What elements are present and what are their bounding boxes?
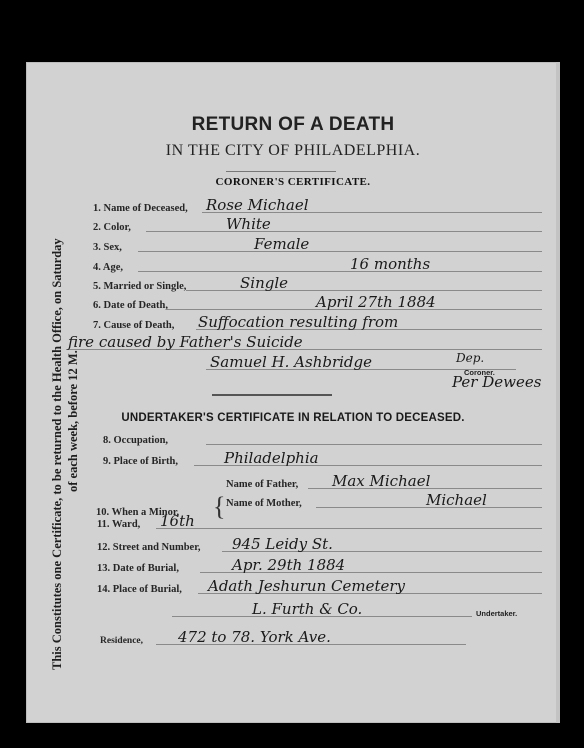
field-marital-status: 5. Married or Single, Single [26, 276, 560, 294]
undertaker-signature: L. Furth & Co. [252, 600, 362, 618]
document-title: RETURN OF A DEATH [26, 114, 560, 136]
coroner-by-row: Per Dewees [26, 375, 560, 393]
field-label: 2. Color, [93, 222, 131, 233]
field-value: Apr. 29th 1884 [232, 556, 345, 574]
field-label: Name of Mother, [226, 498, 302, 509]
field-value: Single [240, 274, 288, 292]
field-cause-of-death: 7. Cause of Death, Suffocation resulting… [26, 315, 560, 333]
field-value: Suffocation resulting from [198, 313, 398, 331]
field-label: 13. Date of Burial, [97, 563, 179, 574]
field-street-number: 12. Street and Number, 945 Leidy St. [26, 537, 560, 555]
field-value: Rose Michael [206, 196, 309, 214]
field-line [138, 271, 542, 272]
field-value: Max Michael [332, 472, 430, 490]
field-value: 16th [160, 512, 195, 530]
field-label: 12. Street and Number, [97, 542, 201, 553]
field-value: fire caused by Father's Suicide [68, 333, 303, 351]
divider [226, 171, 336, 172]
field-label: Residence, [100, 636, 143, 646]
field-ward: 11. Ward, 16th [26, 514, 560, 532]
field-label: 14. Place of Burial, [97, 584, 182, 595]
coroner-signed-by: Per Dewees [452, 373, 541, 391]
field-line [146, 231, 542, 232]
field-line [138, 251, 542, 252]
undertaker-title: Undertaker. [476, 609, 517, 618]
document-subtitle: IN THE CITY OF PHILADELPHIA. [26, 142, 560, 160]
field-label: 9. Place of Birth, [103, 456, 178, 467]
field-label: 5. Married or Single, [93, 281, 186, 292]
undertaker-signature-row: L. Furth & Co. Undertaker. [26, 602, 560, 620]
field-value: White [226, 215, 271, 233]
field-age: 4. Age, 16 months [26, 257, 560, 275]
field-line [206, 444, 542, 445]
coroner-signature-row: Samuel H. Ashbridge Dep. Coroner. [26, 355, 560, 373]
field-value: 945 Leidy St. [232, 535, 333, 553]
field-value: April 27th 1884 [316, 293, 436, 311]
field-label: Name of Father, [226, 479, 298, 490]
field-value: 16 months [350, 255, 430, 273]
field-label: 3. Sex, [93, 242, 122, 253]
field-occupation: 8. Occupation, [26, 430, 560, 448]
field-label: 6. Date of Death, [93, 300, 168, 311]
field-line [156, 528, 542, 529]
field-value: 472 to 78. York Ave. [178, 628, 331, 646]
field-place-of-birth: 9. Place of Birth, Philadelphia [26, 451, 560, 469]
field-date-of-death: 6. Date of Death, April 27th 1884 [26, 295, 560, 313]
coroner-heading: CORONER'S CERTIFICATE. [26, 176, 560, 188]
field-label: 7. Cause of Death, [93, 320, 174, 331]
field-value: Adath Jeshurun Cemetery [208, 577, 405, 595]
field-label: 11. Ward, [97, 519, 140, 530]
field-name-of-deceased: 1. Name of Deceased, Rose Michael [26, 198, 560, 216]
field-value: Michael [426, 491, 487, 509]
field-father-name: Name of Father, Max Michael [26, 474, 560, 492]
field-sex: 3. Sex, Female [26, 237, 560, 255]
field-date-of-burial: 13. Date of Burial, Apr. 29th 1884 [26, 558, 560, 576]
field-color: 2. Color, White [26, 217, 560, 235]
field-label: 4. Age, [93, 262, 123, 273]
field-label: 8. Occupation, [103, 435, 168, 446]
field-value: Female [254, 235, 309, 253]
field-place-of-burial: 14. Place of Burial, Adath Jeshurun Ceme… [26, 579, 560, 597]
undertaker-heading: UNDERTAKER'S CERTIFICATE IN RELATION TO … [26, 412, 560, 424]
coroner-signature-suffix: Dep. [456, 351, 484, 365]
divider [212, 394, 332, 396]
death-certificate-page: This Constitutes one Certificate, to be … [26, 62, 560, 723]
field-value: Philadelphia [224, 449, 319, 467]
field-label: 1. Name of Deceased, [93, 203, 188, 214]
field-mother-name: Name of Mother, Michael [26, 493, 560, 511]
field-residence: Residence, 472 to 78. York Ave. [26, 630, 560, 648]
coroner-signature: Samuel H. Ashbridge [210, 353, 372, 371]
